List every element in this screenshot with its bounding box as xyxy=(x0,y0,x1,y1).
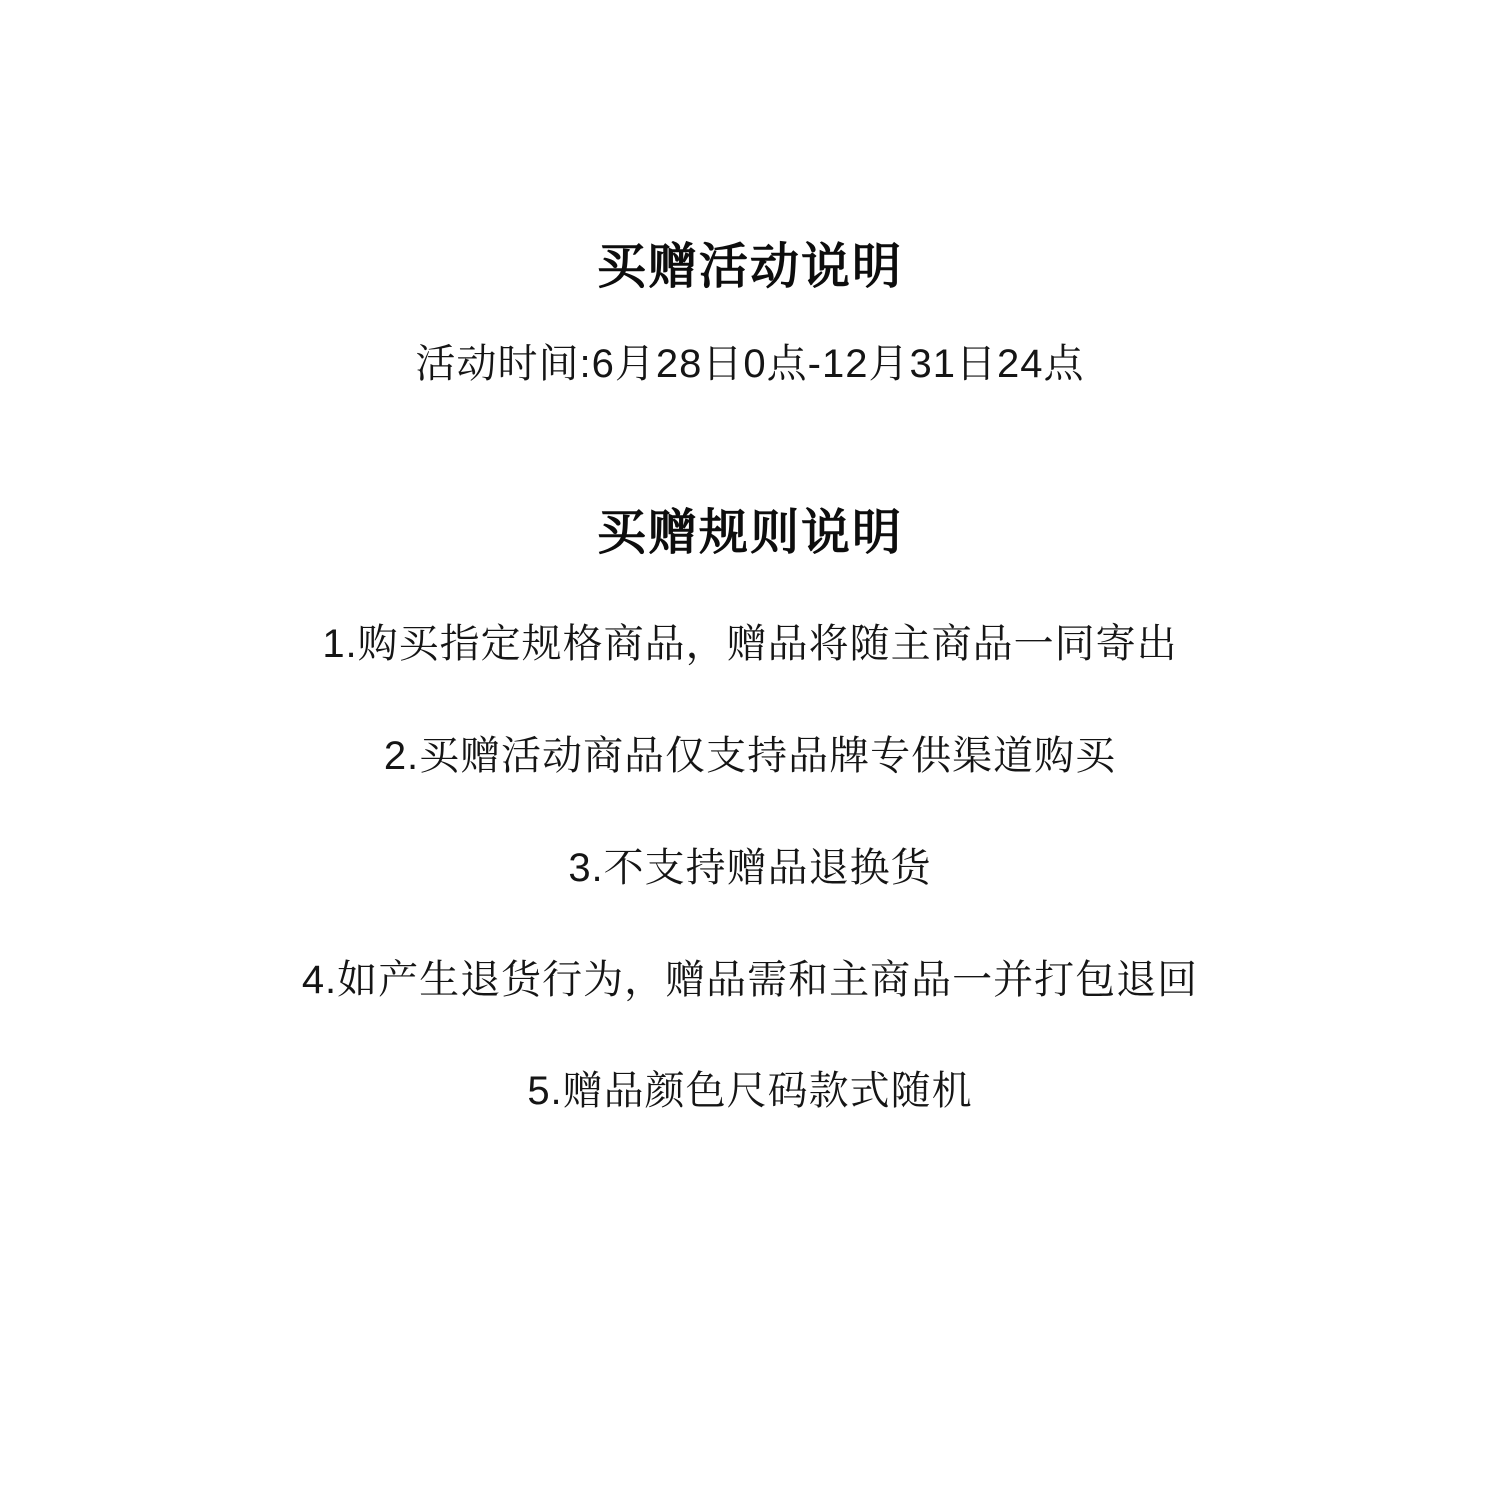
rules-title: 买赠规则说明 xyxy=(0,494,1500,564)
activity-time: 活动时间:6月28日0点-12月31日24点 xyxy=(0,332,1500,389)
rule-item-1: 1.购买指定规格商品，赠品将随主商品一同寄出 xyxy=(0,612,1500,669)
activity-title: 买赠活动说明 xyxy=(0,228,1500,298)
rule-item-4: 4.如产生退货行为，赠品需和主商品一并打包退回 xyxy=(0,948,1500,1005)
rule-item-2: 2.买赠活动商品仅支持品牌专供渠道购买 xyxy=(0,724,1500,781)
rule-item-5: 5.赠品颜色尺码款式随机 xyxy=(0,1059,1500,1116)
promo-notice-page: 买赠活动说明 活动时间:6月28日0点-12月31日24点 买赠规则说明 1.购… xyxy=(0,0,1500,1500)
rule-item-3: 3.不支持赠品退换货 xyxy=(0,836,1500,893)
